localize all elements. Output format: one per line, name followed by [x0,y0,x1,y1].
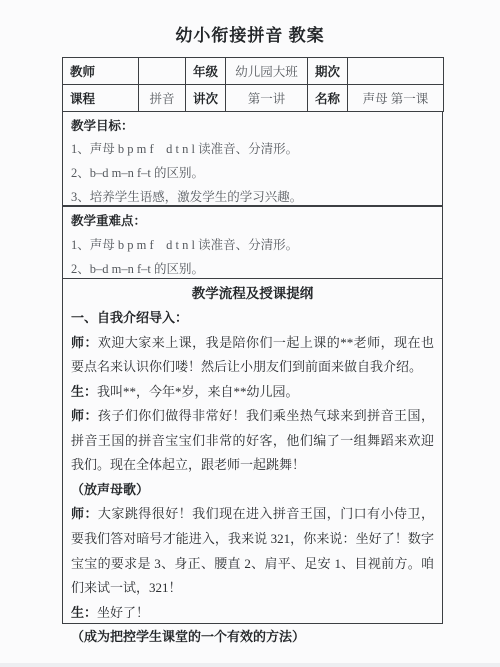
name-value: 声母 第一课 [348,85,444,112]
intro-section-heading: 一、自我介绍导入： [71,306,434,331]
dialogue-text: 我叫**，今年*岁，来自**幼儿园。 [97,384,299,399]
key-point-item-1: 1、声母 b p m f d t n l 读准音、分清形。 [71,233,434,257]
lecture-value: 第一讲 [226,85,308,112]
teacher-label: 教师 [63,58,139,85]
objective-item-1: 1、声母 b p m f d t n l 读准音、分清形。 [71,138,434,162]
page-title: 幼小衔接拼音 教案 [0,0,500,47]
document-page: 幼小衔接拼音 教案 教师 年级 幼儿园大班 期次 课程 拼音 [0,0,500,667]
meta-row-1: 教师 年级 幼儿园大班 期次 [63,58,444,85]
course-value: 拼音 [139,85,186,112]
dialogue-teacher-1: 师：欢迎大家来上课，我是陪你们一起上课的**老师，现在也要点名来认识你们喽！然后… [71,331,434,380]
outline-heading: 教学流程及授课提纲 [71,282,434,307]
grade-value: 幼儿园大班 [226,58,308,85]
document-body: 教师 年级 幼儿园大班 期次 课程 拼音 讲次 第一讲 名称 声母 第一课 [62,57,443,624]
speaker-label: 生： [71,384,97,399]
dialogue-teacher-3: 师：大家跳得很好！我们现在进入拼音王国，门口有小侍卫，要我们答对暗号才能进入，我… [71,502,434,600]
speaker-label: 生： [71,605,97,620]
meta-row-2: 课程 拼音 讲次 第一讲 名称 声母 第一课 [63,85,444,112]
key-points-heading: 教学重难点： [71,209,434,233]
key-points-section: 教学重难点： 1、声母 b p m f d t n l 读准音、分清形。 2、b… [62,205,443,279]
teacher-value [139,58,186,85]
dialogue-student-1: 生：我叫**，今年*岁，来自**幼儿园。 [71,380,434,405]
speaker-label: 师： [71,506,98,521]
lecture-label: 讲次 [186,85,226,112]
stage-direction-song: （放声母歌） [71,478,434,503]
period-label: 期次 [308,58,348,85]
speaker-label: 师： [71,408,98,423]
period-value [348,58,444,85]
objectives-section: 教学目标： 1、声母 b p m f d t n l 读准音、分清形。 2、b–… [62,111,443,207]
objectives-heading: 教学目标： [71,115,434,139]
dialogue-teacher-2: 师：孩子们你们做得非常好！我们乘坐热气球来到拼音王国，拼音王国的拼音宝宝们非常的… [71,404,434,478]
page-bottom-edge [0,663,500,667]
dialogue-text: 大家跳得很好！我们现在进入拼音王国，门口有小侍卫，要我们答对暗号才能进入，我来说… [71,506,434,595]
dialogue-text: 孩子们你们做得非常好！我们乘坐热气球来到拼音王国，拼音王国的拼音宝宝们非常的好客… [71,408,434,472]
outline-section: 教学流程及授课提纲 一、自我介绍导入： 师：欢迎大家来上课，我是陪你们一起上课的… [62,278,443,625]
dialogue-text: 坐好了！ [97,605,149,620]
dialogue-student-2: 生：坐好了！ [71,601,434,626]
course-label: 课程 [63,85,139,112]
speaker-label: 师： [71,335,98,350]
meta-table: 教师 年级 幼儿园大班 期次 课程 拼音 讲次 第一讲 名称 声母 第一课 [62,57,444,112]
dialogue-text: 欢迎大家来上课，我是陪你们一起上课的**老师，现在也要点名来认识你们喽！然后让小… [71,335,434,375]
stage-direction-note: （成为把控学生课堂的一个有效的方法） [71,625,434,650]
grade-label: 年级 [186,58,226,85]
objective-item-2: 2、b–d m–n f–t 的区别。 [71,162,434,186]
name-label: 名称 [308,85,348,112]
